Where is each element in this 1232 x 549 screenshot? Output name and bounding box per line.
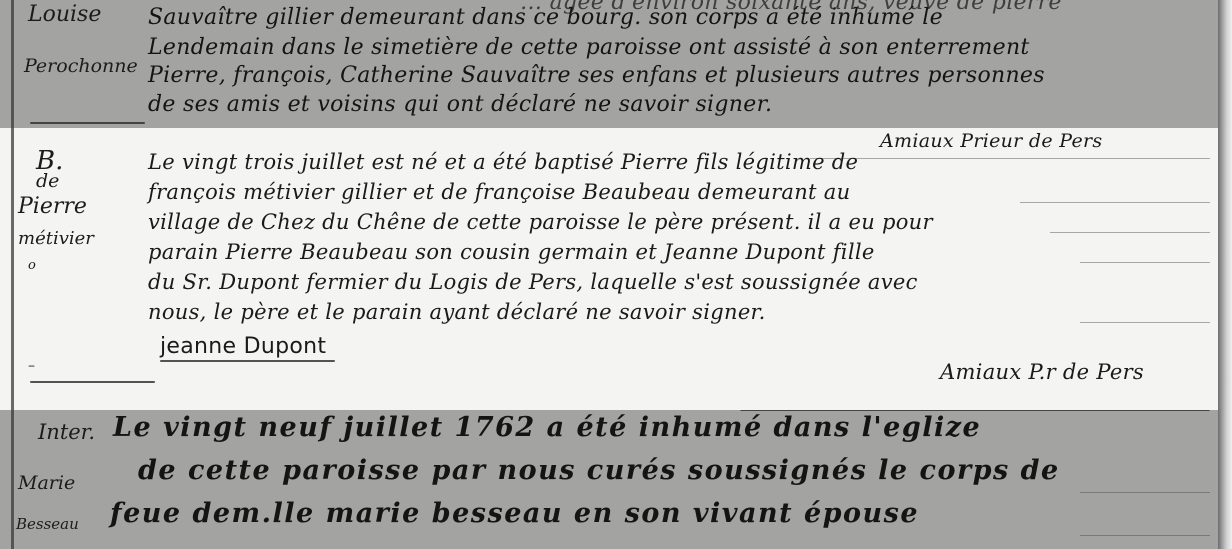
- record-line: françois métivier gillier et de françois…: [148, 180, 850, 204]
- record-line: Le vingt neuf juillet 1762 a été inhumé …: [113, 412, 981, 443]
- margin-name-pierre: Pierre: [18, 194, 87, 219]
- ruled-line: [1080, 322, 1210, 323]
- left-margin-rule: [11, 0, 14, 549]
- burial-record-top: … agée d'environ soixante ans, veuve de …: [0, 0, 1232, 128]
- ruled-line: [1080, 492, 1210, 493]
- separator-rule: [30, 122, 145, 124]
- margin-dash: –: [28, 358, 35, 374]
- signature-prior-top: Amiaux Prieur de Pers: [880, 130, 1102, 152]
- record-line: Sauvaître gillier demeurant dans ce bour…: [148, 5, 943, 30]
- record-line: nous, le père et le parain ayant déclaré…: [148, 300, 766, 324]
- margin-name-marie: Marie: [18, 472, 75, 494]
- margin-name-perochonne: Perochonne: [24, 55, 138, 77]
- record-line: Pierre, françois, Catherine Sauvaître se…: [148, 63, 1045, 88]
- record-line: de cette paroisse par nous curés soussig…: [138, 455, 1060, 486]
- record-line: parain Pierre Beaubeau son cousin germai…: [148, 240, 875, 264]
- baptism-record-highlighted: Amiaux Prieur de Pers B. de Pierre métiv…: [0, 128, 1232, 410]
- record-line: Le vingt trois juillet est né et a été b…: [148, 150, 858, 174]
- record-line: village de Chez du Chêne de cette parois…: [148, 210, 933, 234]
- separator-rule: [740, 410, 1210, 411]
- record-line: feue dem.lle marie besseau en son vivant…: [110, 498, 919, 529]
- separator-rule: [30, 381, 155, 383]
- margin-surname-metivier: métivier: [18, 228, 94, 249]
- record-line: Lendemain dans le simetière de cette par…: [148, 35, 1030, 60]
- margin-name-louise: Louise: [28, 2, 101, 27]
- burial-record-bottom: Inter. Marie Besseau Le vingt neuf juill…: [0, 410, 1232, 549]
- ruled-line: [1050, 232, 1210, 233]
- ruled-line: [810, 158, 1210, 159]
- ruled-line: [1080, 535, 1210, 536]
- margin-mark: o: [28, 258, 36, 273]
- margin-de: de: [36, 170, 59, 192]
- signature-jeanne-dupont: jeanne Dupont: [160, 334, 326, 359]
- margin-inter: Inter.: [38, 420, 95, 444]
- signature-prior: Amiaux P.r de Pers: [940, 360, 1144, 384]
- page-edge: [1218, 0, 1232, 549]
- margin-surname-besseau: Besseau: [16, 515, 79, 533]
- ruled-line: [1080, 262, 1210, 263]
- record-line: du Sr. Dupont fermier du Logis de Pers, …: [148, 270, 918, 294]
- signature-underline: [160, 360, 335, 362]
- record-line: de ses amis et voisins qui ont déclaré n…: [148, 92, 772, 117]
- ruled-line: [1020, 202, 1210, 203]
- register-page: … agée d'environ soixante ans, veuve de …: [0, 0, 1232, 549]
